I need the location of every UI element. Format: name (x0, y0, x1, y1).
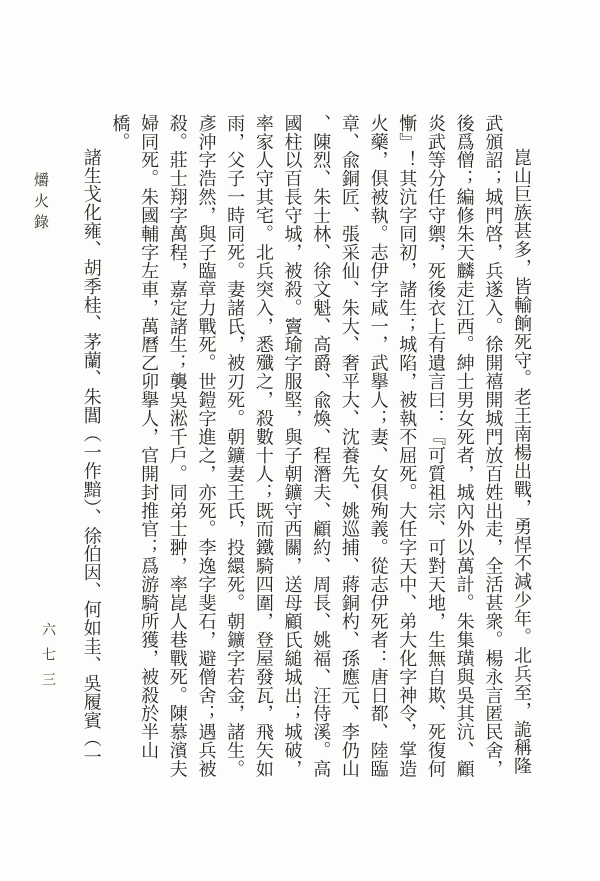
text-column: 火藥，俱被執。志伊字咸一，武擧人；妻、女俱殉義。從志伊死者：唐日都、陸臨 (364, 114, 393, 814)
text-column: 婦同死。朱國輔字左車，萬曆乙卯擧人，官開封推官；爲游騎所獲，被殺於半山 (134, 114, 163, 814)
text-column: 章、兪銅匠、張采仙、朱大、奢平大、沈養先、姚巡捕、蔣銅杓、孫應元、李仍山 (335, 114, 364, 814)
book-page: 爝火錄 崑山巨族甚多，皆輸餉死守。老王南楊出戰，勇悍不減少年。北兵至，詭稱隆武頒… (0, 0, 600, 881)
text-column: 雨，父子一時同死。妻諸氏，被刃死。朝鑛妻王氏，投繯死。朝鑛字若金，諸生。 (220, 114, 249, 814)
text-column: 殺。莊士翔字萬程，嘉定諸生；襲吳淞千戶。同弟士翀，率崑人巷戰死。陳慕濱夫 (163, 114, 192, 814)
text-column: 崑山巨族甚多，皆輸餉死守。老王南楊出戰，勇悍不減少年。北兵至，詭稱隆 (507, 114, 536, 814)
text-column: 炎武等分任守禦，死後衣上有遺言曰：『可質祖宗、可對天地，生無自欺、死復何 (421, 114, 450, 814)
text-column: 後爲僧；編修朱天麟走江西。紳士男女死者，城內外以萬計。朱集璜與吳其沆、顧 (450, 114, 479, 814)
text-block: 崑山巨族甚多，皆輸餉死守。老王南楊出戰，勇悍不減少年。北兵至，詭稱隆武頒詔；城門… (76, 114, 536, 814)
text-column: 率家人守其宅。北兵突入，悉殲之，殺數十人；既而鐵騎四圍，登屋發瓦，飛矢如 (249, 114, 278, 814)
text-column: 武頒詔；城門啓，兵遂入。徐開禧開城門放百姓出走，全活甚衆。楊永言匿民舍， (479, 114, 508, 814)
text-column: 慚』！其沆字同初，諸生；城陷，被執不屈死。大任字天中、弟大化字神令，掌造 (393, 114, 422, 814)
text-column: 諸生戈化雍、胡季桂、茅蘭、朱閶（一作黯）、徐伯因、何如圭、吳履賓（一 (77, 114, 106, 814)
page-number: 六七三 (37, 622, 57, 697)
book-margin-title: 爝火錄 (30, 172, 51, 235)
text-column: 國柱以百長守城，被殺。竇瑜字服堅，與子朝鑛守西關，送母顧氏縋城出；城破， (278, 114, 307, 814)
text-column: 彥沖字浩然，與子臨章力戰死。世鎧字進之，亦死。李逸字斐石，避僧舍；遇兵被 (192, 114, 221, 814)
text-column: 、陳烈、朱士林、徐文魁、高爵、兪煥、程潛夫、顧約、周長、姚福、汪侍溪。高 (307, 114, 336, 814)
text-column: 橋。 (106, 114, 135, 814)
